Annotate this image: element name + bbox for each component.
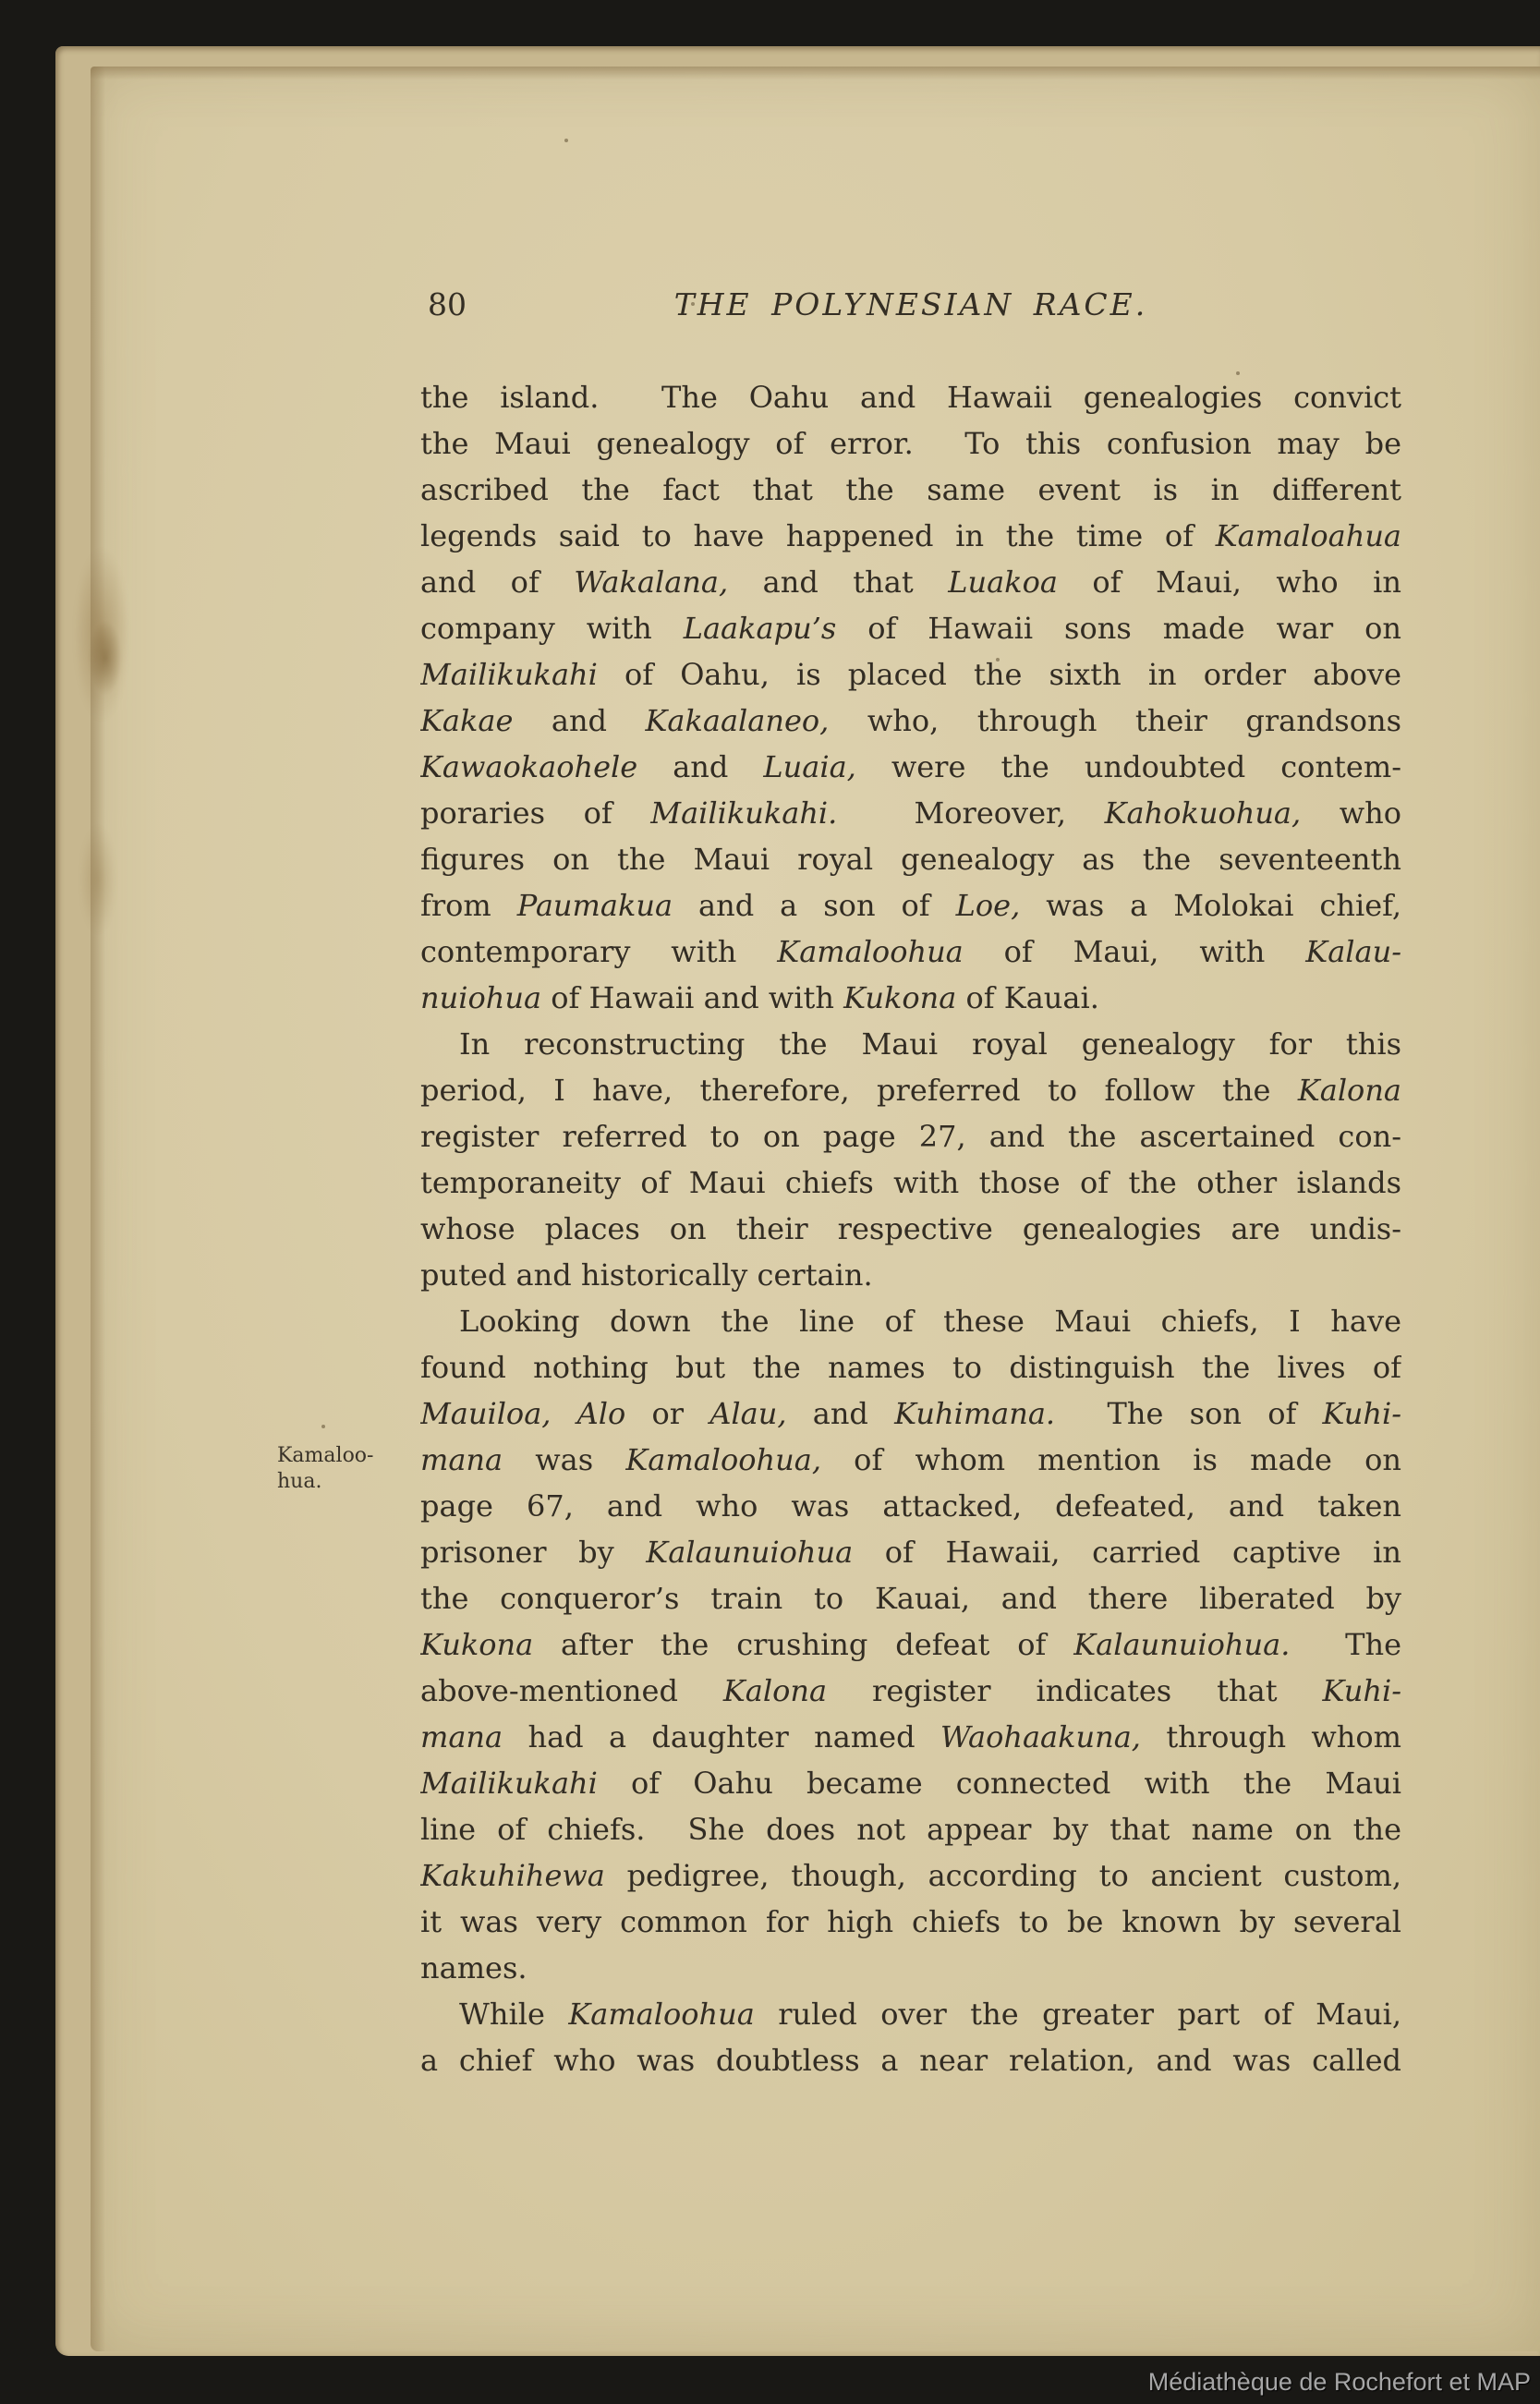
italic-text-segment: Mauiloa, Alo	[420, 1396, 625, 1431]
text-line: nuiohua of Hawaii and with Kukona of Kau…	[420, 975, 1401, 1021]
text-line: In reconstructing the Maui royal genealo…	[420, 1021, 1401, 1067]
text-line: legends said to have happened in the tim…	[420, 513, 1401, 559]
text-segment: pedigree, though, according to ancient c…	[605, 1858, 1401, 1893]
book-page: 80 THE POLYNESIAN RACE. Kamaloo- hua. th…	[91, 67, 1540, 2351]
italic-text-segment: Wakalana,	[574, 565, 728, 600]
text-segment: and	[513, 703, 645, 738]
text-line: Kukona after the crushing defeat of Kala…	[420, 1621, 1401, 1668]
italic-text-segment: Luakoa	[948, 565, 1058, 600]
text-segment: register referred to on page 27, and the…	[420, 1119, 1401, 1154]
text-line: a chief who was doubtless a near relatio…	[420, 2037, 1401, 2083]
text-line: Looking down the line of these Maui chie…	[420, 1298, 1401, 1344]
text-segment: of Hawaii and with	[541, 980, 843, 1015]
text-line: contemporary with Kamaloohua of Maui, wi…	[420, 929, 1401, 975]
italic-text-segment: Alau,	[709, 1396, 786, 1431]
text-line: found nothing but the names to distingui…	[420, 1344, 1401, 1390]
text-segment: or	[625, 1396, 709, 1431]
text-segment: and a son of	[673, 888, 956, 923]
text-segment: and that	[728, 565, 948, 600]
italic-text-segment: Kuhi-	[1323, 1396, 1401, 1431]
text-segment: of Kauai.	[956, 980, 1099, 1015]
italic-text-segment: Kalaunuiohua	[646, 1535, 853, 1570]
text-line: Mauiloa, Alo or Alau, and Kuhimana. The …	[420, 1390, 1401, 1437]
text-segment: above-mentioned	[420, 1673, 723, 1708]
text-line: Kawaokaohele and Luaia, were the undoubt…	[420, 744, 1401, 790]
text-line: the island. The Oahu and Hawaii genealog…	[420, 374, 1401, 420]
text-line: page 67, and who was attacked, defeated,…	[420, 1483, 1401, 1529]
italic-text-segment: Kakuhihewa	[420, 1858, 605, 1893]
margin-note-line: Kamaloo-	[277, 1443, 397, 1469]
text-segment: company with	[420, 611, 684, 646]
text-segment: register indicates that	[827, 1673, 1322, 1708]
text-segment: of Hawaii sons made war on	[836, 611, 1401, 646]
italic-text-segment: Kukona	[420, 1627, 533, 1662]
text-segment: from	[420, 888, 517, 923]
italic-text-segment: Mailikukahi	[420, 1766, 598, 1801]
italic-text-segment: Kakae	[420, 703, 513, 738]
italic-text-segment: Mailikukahi	[420, 657, 598, 692]
text-segment: ruled over the greater part of Maui,	[755, 1997, 1401, 2032]
italic-text-segment: mana	[420, 1442, 503, 1477]
italic-text-segment: Waohaakuna,	[940, 1719, 1141, 1754]
italic-text-segment: Kamaloohua,	[625, 1442, 821, 1477]
italic-text-segment: Paumakua	[517, 888, 673, 923]
italic-text-segment: Luaia,	[763, 749, 855, 784]
paper-speck	[564, 139, 568, 142]
margin-note-line: hua.	[277, 1469, 397, 1495]
text-line: poraries of Mailikukahi. Moreover, Kahok…	[420, 790, 1401, 836]
text-line: from Paumakua and a son of Loe, was a Mo…	[420, 882, 1401, 929]
text-segment: legends said to have happened in the tim…	[420, 518, 1216, 553]
italic-text-segment: Kamaloahua	[1216, 518, 1401, 553]
text-segment: ascribed the fact that the same event is…	[420, 472, 1401, 507]
text-segment: of whom mention is made on	[821, 1442, 1401, 1477]
text-line: whose places on their respective genealo…	[420, 1206, 1401, 1252]
paper-speck	[321, 1425, 325, 1428]
text-line: Kakuhihewa pedigree, though, according t…	[420, 1852, 1401, 1899]
text-line: names.	[420, 1945, 1401, 1991]
text-segment: Moreover,	[837, 795, 1104, 831]
text-segment: and	[637, 749, 763, 784]
text-segment: names.	[420, 1950, 527, 1985]
italic-text-segment: Kalau-	[1305, 934, 1401, 969]
text-line: it was very common for high chiefs to be…	[420, 1899, 1401, 1945]
italic-text-segment: mana	[420, 1719, 503, 1754]
running-title: THE POLYNESIAN RACE.	[420, 286, 1401, 322]
library-watermark: Médiathèque de Rochefort et MAP	[1148, 2368, 1531, 2397]
text-segment: and	[787, 1396, 895, 1431]
text-segment: who, through their grandsons	[829, 703, 1401, 738]
text-segment: were the undoubted contem-	[856, 749, 1401, 784]
text-segment: puted and historically certain.	[420, 1257, 873, 1293]
text-line: prisoner by Kalaunuiohua of Hawaii, carr…	[420, 1529, 1401, 1575]
text-segment: and of	[420, 565, 574, 600]
text-segment: through whom	[1141, 1719, 1401, 1754]
text-segment: page 67, and who was attacked, defeated,…	[420, 1488, 1401, 1524]
text-line: temporaneity of Maui chiefs with those o…	[420, 1160, 1401, 1206]
text-segment: line of chiefs. She does not appear by t…	[420, 1812, 1401, 1847]
text-line: line of chiefs. She does not appear by t…	[420, 1806, 1401, 1852]
text-segment: figures on the Maui royal genealogy as t…	[420, 842, 1401, 877]
paper-stain	[89, 621, 122, 695]
text-segment: of Hawaii, carried captive in	[853, 1535, 1401, 1570]
text-segment: who	[1301, 795, 1401, 831]
italic-text-segment: Kalona	[1298, 1073, 1401, 1108]
italic-text-segment: nuiohua	[420, 980, 541, 1015]
italic-text-segment: Kalona	[723, 1673, 827, 1708]
text-line: mana was Kamaloohua, of whom mention is …	[420, 1437, 1401, 1483]
text-line: period, I have, therefore, preferred to …	[420, 1067, 1401, 1113]
text-segment: While	[459, 1997, 568, 2032]
page-header: 80 THE POLYNESIAN RACE.	[420, 286, 1401, 329]
margin-note: Kamaloo- hua.	[277, 1443, 397, 1495]
text-line: Kakae and Kakaalaneo, who, through their…	[420, 698, 1401, 744]
text-segment: it was very common for high chiefs to be…	[420, 1904, 1401, 1939]
italic-text-segment: Kawaokaohele	[420, 749, 637, 784]
italic-text-segment: Kuhi-	[1323, 1673, 1401, 1708]
text-segment: of Oahu became connected with the Maui	[598, 1766, 1401, 1801]
text-line: ascribed the fact that the same event is…	[420, 467, 1401, 513]
text-segment: The son of	[1055, 1396, 1322, 1431]
text-segment: contemporary with	[420, 934, 777, 969]
text-segment: had a daughter named	[503, 1719, 940, 1754]
text-segment: temporaneity of Maui chiefs with those o…	[420, 1165, 1401, 1200]
text-segment: found nothing but the names to distingui…	[420, 1350, 1401, 1385]
text-segment: the conqueror’s train to Kauai, and ther…	[420, 1581, 1401, 1616]
italic-text-segment: Kalaunuiohua.	[1073, 1627, 1290, 1662]
italic-text-segment: Laakapu’s	[684, 611, 837, 646]
text-segment: prisoner by	[420, 1535, 646, 1570]
text-segment: of Oahu, is placed the sixth in order ab…	[598, 657, 1401, 692]
text-segment: was a Molokai chief,	[1020, 888, 1401, 923]
text-segment: the Maui genealogy of error. To this con…	[420, 426, 1401, 461]
italic-text-segment: Kuhimana.	[894, 1396, 1055, 1431]
italic-text-segment: Loe,	[956, 888, 1021, 923]
text-line: above-mentioned Kalona register indicate…	[420, 1668, 1401, 1714]
text-segment: The	[1290, 1627, 1401, 1662]
text-segment: the island. The Oahu and Hawaii genealog…	[420, 380, 1401, 415]
text-line: While Kamaloohua ruled over the greater …	[420, 1991, 1401, 2037]
italic-text-segment: Kamaloohua	[777, 934, 963, 969]
text-segment: after the crushing defeat of	[533, 1627, 1073, 1662]
text-line: puted and historically certain.	[420, 1252, 1401, 1298]
text-line: company with Laakapu’s of Hawaii sons ma…	[420, 605, 1401, 651]
text-line: figures on the Maui royal genealogy as t…	[420, 836, 1401, 882]
text-segment: whose places on their respective genealo…	[420, 1211, 1401, 1246]
text-segment: of Maui, with	[964, 934, 1306, 969]
text-line: register referred to on page 27, and the…	[420, 1113, 1401, 1160]
text-line: Mailikukahi of Oahu became connected wit…	[420, 1760, 1401, 1806]
text-segment: In reconstructing the Maui royal genealo…	[459, 1026, 1401, 1062]
text-line: Mailikukahi of Oahu, is placed the sixth…	[420, 651, 1401, 698]
text-segment: period, I have, therefore, preferred to …	[420, 1073, 1298, 1108]
italic-text-segment: Kakaalaneo,	[646, 703, 830, 738]
italic-text-segment: Mailikukahi.	[650, 795, 837, 831]
text-segment: Looking down the line of these Maui chie…	[459, 1304, 1401, 1339]
text-line: the conqueror’s train to Kauai, and ther…	[420, 1575, 1401, 1621]
body-text-block: the island. The Oahu and Hawaii genealog…	[420, 374, 1401, 2083]
text-line: and of Wakalana, and that Luakoa of Maui…	[420, 559, 1401, 605]
text-line: the Maui genealogy of error. To this con…	[420, 420, 1401, 467]
text-segment: poraries of	[420, 795, 650, 831]
text-segment: a chief who was doubtless a near relatio…	[420, 2043, 1401, 2078]
text-line: mana had a daughter named Waohaakuna, th…	[420, 1714, 1401, 1760]
text-segment: was	[503, 1442, 625, 1477]
italic-text-segment: Kahokuohua,	[1105, 795, 1302, 831]
italic-text-segment: Kamaloohua	[568, 1997, 754, 2032]
text-segment: of Maui, who in	[1058, 565, 1401, 600]
italic-text-segment: Kukona	[843, 980, 956, 1015]
